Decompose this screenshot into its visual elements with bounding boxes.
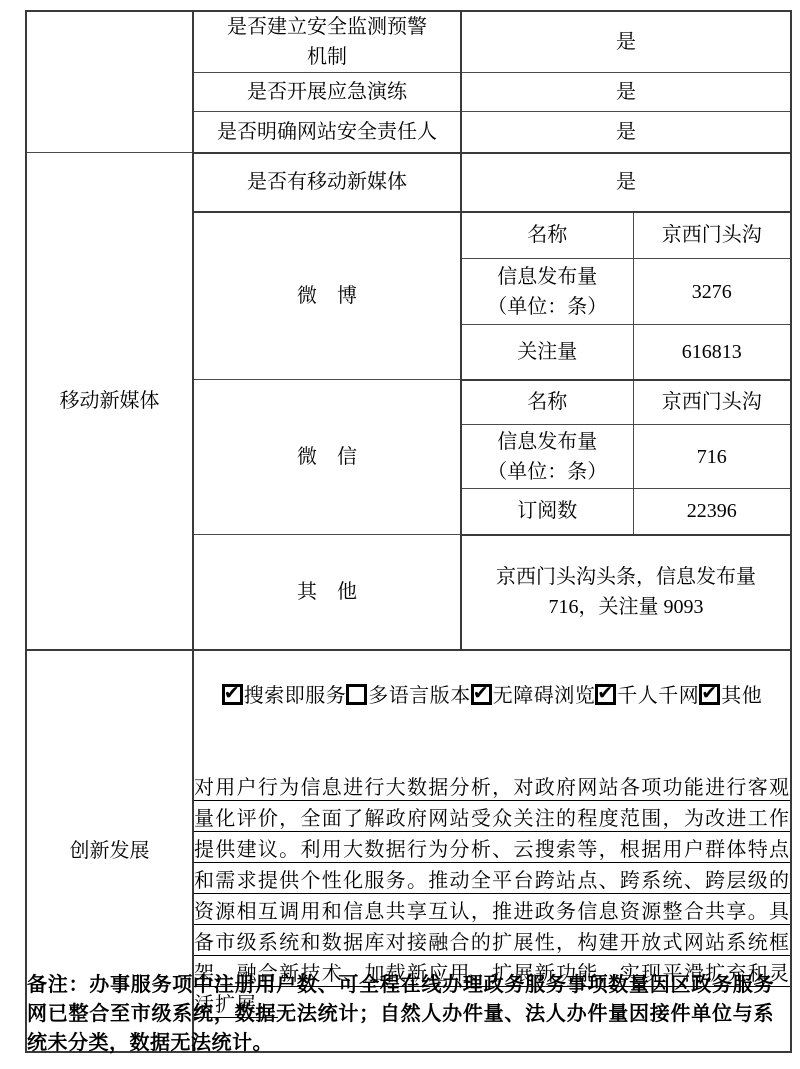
mobile-media-section-cell: 移动新媒体 [26,153,193,650]
checkbox-unchecked-icon [346,684,367,705]
metric-label-cell: 名称 [461,212,633,259]
mobile-media-answer-cell: 是 [461,153,791,212]
security-row-1: 是否建立安全监测预警 机制 是 [26,11,791,73]
mobile-media-has-row: 移动新媒体 是否有移动新媒体 是 [26,153,791,212]
innovation-option-label: 千人千网 [617,685,699,707]
metric-value-cell: 22396 [633,489,791,535]
innovation-option: ✔无障碍浏览 [471,685,596,707]
checkbox-checked-icon: ✔ [595,684,616,705]
checkbox-checked-icon: ✔ [699,684,720,705]
checkmark-icon: ✔ [224,678,240,709]
innovation-option-label: 搜索即服务 [244,685,347,707]
innovation-option: 多语言版本 [346,685,471,707]
annual-report-table: 是否建立安全监测预警 机制 是 是否开展应急演练 是 是否明确网站安全责任人 是… [25,10,792,1053]
wechat-group-cell: 微 信 [193,380,461,535]
innovation-option: ✔千人千网 [595,685,699,707]
metric-label-cell: 关注量 [461,325,633,380]
weibo-group-cell: 微 博 [193,212,461,380]
other-media-group-cell: 其 他 [193,535,461,650]
other-media-value-cell: 京西门头沟头条，信息发布量 716，关注量 9093 [461,535,791,650]
security-answer-cell: 是 [461,112,791,153]
footnote: 备注：办事服务项中注册用户数、可全程在线办理政务服务事项数量因区政务服务网已整合… [27,971,774,1058]
innovation-option-label: 其他 [721,685,762,707]
metric-value-cell: 京西门头沟 [633,212,791,259]
metric-value-cell: 616813 [633,325,791,380]
metric-value-cell: 716 [633,425,791,489]
metric-label-cell: 信息发布量 （单位：条） [461,425,633,489]
mobile-media-question-cell: 是否有移动新媒体 [193,153,461,212]
metric-label-cell: 订阅数 [461,489,633,535]
checkmark-icon: ✔ [701,678,717,709]
parent-section-empty-cell [26,11,193,153]
security-answer-cell: 是 [461,73,791,112]
checkbox-checked-icon: ✔ [222,684,243,705]
checkbox-checked-icon: ✔ [471,684,492,705]
security-question-cell: 是否开展应急演练 [193,73,461,112]
security-question-cell: 是否明确网站安全责任人 [193,112,461,153]
security-answer-cell: 是 [461,11,791,73]
innovation-options-row: ✔搜索即服务多语言版本✔无障碍浏览✔千人千网✔其他 [194,681,790,712]
metric-label-cell: 信息发布量 （单位：条） [461,259,633,325]
checkmark-icon: ✔ [597,678,613,709]
metric-value-cell: 京西门头沟 [633,380,791,425]
innovation-option-label: 无障碍浏览 [493,685,596,707]
metric-label-cell: 名称 [461,380,633,425]
innovation-option: ✔其他 [699,685,762,707]
innovation-option: ✔搜索即服务 [222,685,347,707]
innovation-option-label: 多语言版本 [368,685,471,707]
checkmark-icon: ✔ [473,678,489,709]
security-question-cell: 是否建立安全监测预警 机制 [193,11,461,73]
metric-value-cell: 3276 [633,259,791,325]
